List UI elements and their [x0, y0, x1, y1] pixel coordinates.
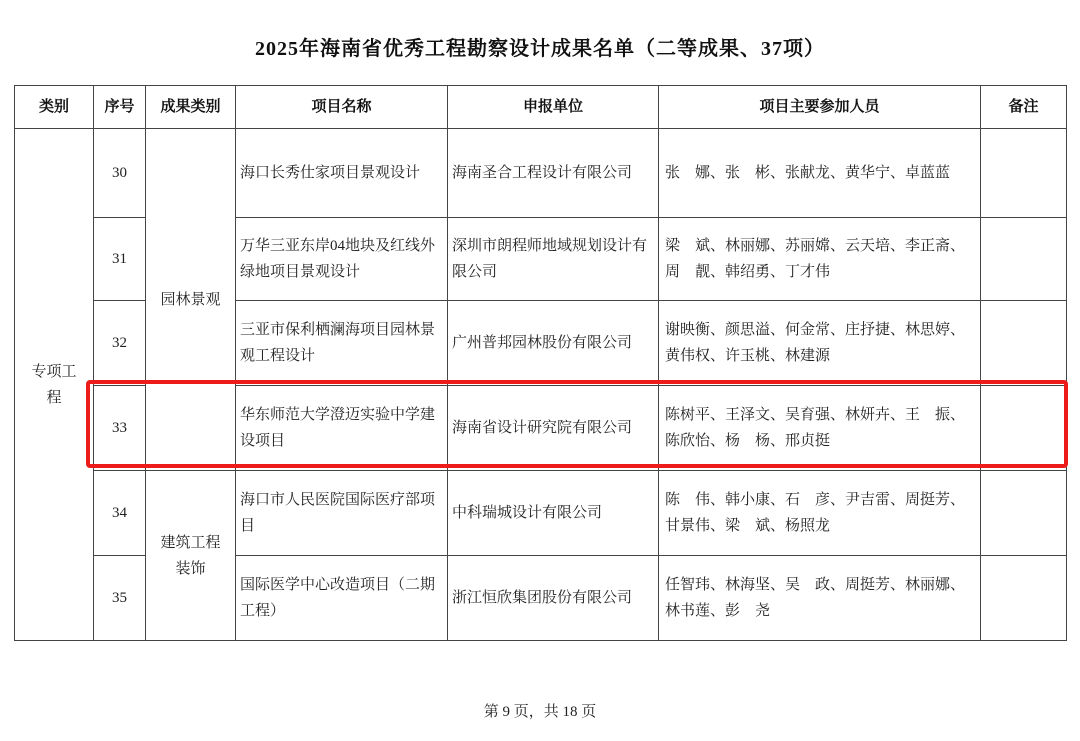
- col-header-participants: 项目主要参加人员: [659, 86, 981, 129]
- results-table: 类别 序号 成果类别 项目名称 申报单位 项目主要参加人员 备注 专项工程 30…: [14, 85, 1067, 641]
- col-header-category: 类别: [15, 86, 94, 129]
- cell-participants: 张 娜、张 彬、张献龙、黄华宁、卓蓝蓝: [659, 129, 981, 218]
- cell-remark: [981, 129, 1067, 218]
- page-title: 2025年海南省优秀工程勘察设计成果名单（二等成果、37项）: [0, 32, 1080, 61]
- cell-serial: 35: [94, 556, 146, 641]
- cell-serial: 33: [94, 386, 146, 471]
- cell-project-name: 三亚市保利栖澜海项目园林景观工程设计: [236, 301, 448, 386]
- cell-participants: 任智玮、林海坚、吴 政、周挺芳、林丽娜、林书莲、彭 尧: [659, 556, 981, 641]
- cell-remark: [981, 386, 1067, 471]
- col-header-result-category: 成果类别: [146, 86, 236, 129]
- cell-participants: 陈 伟、韩小康、石 彦、尹吉雷、周挺芳、甘景伟、梁 斌、杨照龙: [659, 471, 981, 556]
- cell-serial: 32: [94, 301, 146, 386]
- col-header-remark: 备注: [981, 86, 1067, 129]
- cell-category: 专项工程: [15, 129, 94, 641]
- table-row: 专项工程 30 园林景观 海口长秀仕家项目景观设计 海南圣合工程设计有限公司 张…: [15, 129, 1067, 218]
- cell-participants: 梁 斌、林丽娜、苏丽嫦、云天培、李正斋、周 靓、韩绍勇、丁才伟: [659, 218, 981, 301]
- cell-participants: 陈树平、王泽文、吴育强、林妍卉、王 振、陈欣怡、杨 杨、邢贞挺: [659, 386, 981, 471]
- cell-project-name: 万华三亚东岸04地块及红线外绿地项目景观设计: [236, 218, 448, 301]
- header-row: 类别 序号 成果类别 项目名称 申报单位 项目主要参加人员 备注: [15, 86, 1067, 129]
- cell-serial: 34: [94, 471, 146, 556]
- page-indicator: 第 9 页，共 18 页: [0, 700, 1080, 721]
- col-header-serial: 序号: [94, 86, 146, 129]
- cell-unit: 浙江恒欣集团股份有限公司: [448, 556, 659, 641]
- col-header-unit: 申报单位: [448, 86, 659, 129]
- cell-remark: [981, 218, 1067, 301]
- cell-participants: 谢映衡、颜思溢、何金常、庄抒捷、林思婷、黄伟权、许玉桃、林建源: [659, 301, 981, 386]
- cell-remark: [981, 471, 1067, 556]
- cell-unit: 中科瑞城设计有限公司: [448, 471, 659, 556]
- cell-project-name: 华东师范大学澄迈实验中学建设项目: [236, 386, 448, 471]
- cell-remark: [981, 301, 1067, 386]
- cell-result-category-decoration: 建筑工程装饰: [146, 471, 236, 641]
- cell-serial: 31: [94, 218, 146, 301]
- cell-unit: 海南省设计研究院有限公司: [448, 386, 659, 471]
- cell-unit: 海南圣合工程设计有限公司: [448, 129, 659, 218]
- cell-unit: 深圳市朗程师地域规划设计有限公司: [448, 218, 659, 301]
- cell-project-name: 国际医学中心改造项目（二期工程）: [236, 556, 448, 641]
- cell-unit: 广州普邦园林股份有限公司: [448, 301, 659, 386]
- cell-remark: [981, 556, 1067, 641]
- table-row: 34 建筑工程装饰 海口市人民医院国际医疗部项目 中科瑞城设计有限公司 陈 伟、…: [15, 471, 1067, 556]
- cell-project-name: 海口市人民医院国际医疗部项目: [236, 471, 448, 556]
- cell-project-name: 海口长秀仕家项目景观设计: [236, 129, 448, 218]
- col-header-project-name: 项目名称: [236, 86, 448, 129]
- cell-serial: 30: [94, 129, 146, 218]
- cell-result-category-landscape: 园林景观: [146, 129, 236, 471]
